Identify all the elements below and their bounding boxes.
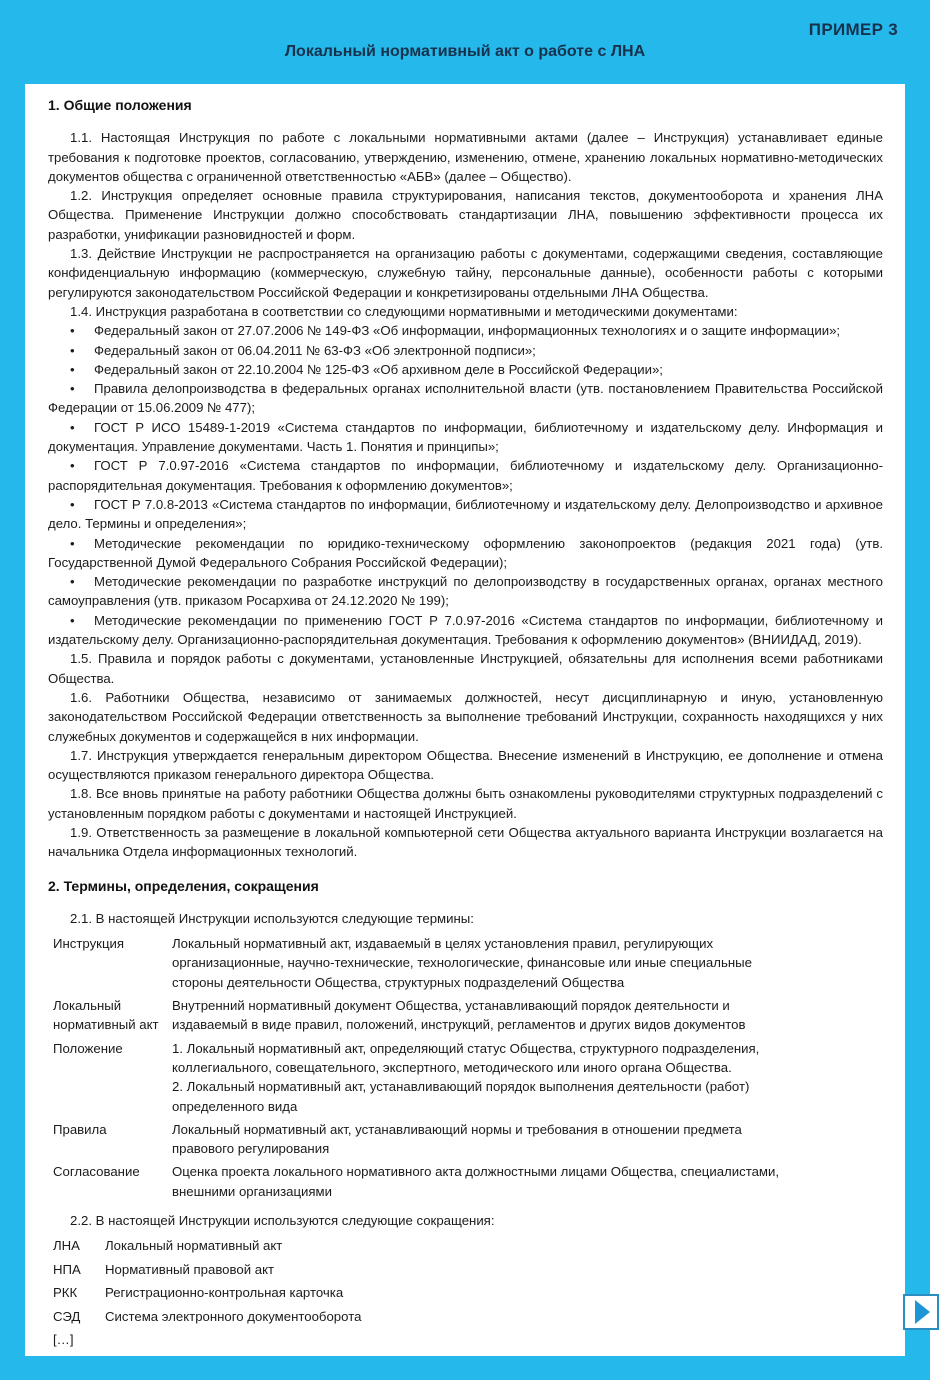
- abbreviation: НПА: [53, 1260, 105, 1279]
- paragraph-1-5: 1.5. Правила и порядок работы с документ…: [48, 649, 883, 688]
- term-definition-part-2: 2. Локальный нормативный акт, устанавлив…: [172, 1077, 793, 1116]
- abbreviation-row: СЭДСистема электронного документооборота: [53, 1305, 883, 1329]
- section-2-title: 2. Термины, определения, сокращения: [48, 877, 883, 896]
- paragraph-1-6: 1.6. Работники Общества, независимо от з…: [48, 688, 883, 746]
- term-name: Правила: [53, 1120, 172, 1159]
- list-item: •Правила делопроизводства в федеральных …: [48, 379, 883, 418]
- abbreviation-meaning: Нормативный правовой акт: [105, 1260, 274, 1279]
- term-definition: Локальный нормативный акт, устанавливающ…: [172, 1120, 883, 1159]
- example-label: ПРИМЕР 3: [809, 20, 898, 40]
- term-definition: 1. Локальный нормативный акт, определяющ…: [172, 1039, 883, 1116]
- list-item: •Федеральный закон от 06.04.2011 № 63-ФЗ…: [48, 341, 883, 360]
- bullet-icon: •: [70, 611, 94, 630]
- paragraph-1-4: 1.4. Инструкция разработана в соответств…: [48, 302, 883, 321]
- reference-list: •Федеральный закон от 27.07.2006 № 149-Ф…: [48, 321, 883, 649]
- bullet-icon: •: [70, 341, 94, 360]
- abbreviation-meaning: Система электронного документооборота: [105, 1307, 361, 1326]
- bullet-icon: •: [70, 534, 94, 553]
- list-item: •Федеральный закон от 27.07.2006 № 149-Ф…: [48, 321, 883, 340]
- term-name: Согласование: [53, 1162, 172, 1201]
- next-page-button[interactable]: [903, 1294, 939, 1330]
- abbreviation-row: РККРегистрационно-контрольная карточка: [53, 1281, 883, 1305]
- list-item-text: Правила делопроизводства в федеральных о…: [48, 381, 883, 415]
- paragraph-1-8: 1.8. Все вновь принятые на работу работн…: [48, 784, 883, 823]
- term-name: Положение: [53, 1039, 172, 1116]
- play-triangle-right-icon: [905, 1296, 937, 1328]
- list-item-text: Методические рекомендации по разработке …: [48, 574, 883, 608]
- abbreviation: СЭД: [53, 1307, 105, 1326]
- list-item-text: Федеральный закон от 06.04.2011 № 63-ФЗ …: [94, 343, 536, 358]
- paragraph-1-7: 1.7. Инструкция утверждается генеральным…: [48, 746, 883, 785]
- terms-intro: 2.1. В настоящей Инструкции используются…: [48, 909, 883, 928]
- paragraph-1-3: 1.3. Действие Инструкции не распространя…: [48, 244, 883, 302]
- term-definition: Оценка проекта локального нормативного а…: [172, 1162, 883, 1201]
- paragraph-1-9: 1.9. Ответственность за размещение в лок…: [48, 823, 883, 862]
- section-1-title: 1. Общие положения: [48, 96, 883, 115]
- terms-table: Инструкция Локальный нормативный акт, из…: [48, 934, 883, 1201]
- list-item: •ГОСТ Р ИСО 15489-1-2019 «Система станда…: [48, 418, 883, 457]
- term-definition-part-1: 1. Локальный нормативный акт, определяющ…: [172, 1039, 793, 1078]
- list-item: •Методические рекомендации по юридико-те…: [48, 534, 883, 573]
- list-item-text: ГОСТ Р ИСО 15489-1-2019 «Система стандар…: [48, 420, 883, 454]
- abbreviation-row: ЛНАЛокальный нормативный акт: [53, 1234, 883, 1258]
- abbreviation-meaning: Локальный нормативный акт: [105, 1236, 282, 1255]
- page-frame: ПРИМЕР 3 Локальный нормативный акт о раб…: [0, 0, 930, 1380]
- bullet-icon: •: [70, 456, 94, 475]
- paragraph-1-2: 1.2. Инструкция определяет основные прав…: [48, 186, 883, 244]
- list-item-text: ГОСТ Р 7.0.97-2016 «Система стандартов п…: [48, 458, 883, 492]
- document-title: Локальный нормативный акт о работе с ЛНА: [0, 43, 930, 61]
- term-name: Локальный нормативный акт: [53, 996, 172, 1035]
- list-item-text: ГОСТ Р 7.0.8-2013 «Система стандартов по…: [48, 497, 883, 531]
- abbreviation: ЛНА: [53, 1236, 105, 1255]
- list-item: •Федеральный закон от 22.10.2004 № 125-Ф…: [48, 360, 883, 379]
- term-definition: Внутренний нормативный документ Общества…: [172, 996, 883, 1035]
- bullet-icon: •: [70, 321, 94, 340]
- list-item: •ГОСТ Р 7.0.8-2013 «Система стандартов п…: [48, 495, 883, 534]
- omission-marker: […]: [48, 1330, 883, 1349]
- bullet-icon: •: [70, 360, 94, 379]
- list-item-text: Методические рекомендации по юридико-тех…: [48, 536, 883, 570]
- abbreviations-list: ЛНАЛокальный нормативный акт НПАНорматив…: [48, 1234, 883, 1328]
- abbreviation-meaning: Регистрационно-контрольная карточка: [105, 1283, 343, 1302]
- list-item-text: Методические рекомендации по применению …: [48, 613, 883, 647]
- abbreviations-intro: 2.2. В настоящей Инструкции используются…: [48, 1211, 883, 1230]
- list-item-text: Федеральный закон от 27.07.2006 № 149-ФЗ…: [94, 323, 840, 338]
- abbreviation: РКК: [53, 1283, 105, 1302]
- list-item: •Методические рекомендации по применению…: [48, 611, 883, 650]
- document-panel: 1. Общие положения 1.1. Настоящая Инстру…: [25, 84, 905, 1356]
- term-name: Инструкция: [53, 934, 172, 992]
- abbreviation-row: НПАНормативный правовой акт: [53, 1258, 883, 1282]
- paragraph-1-1: 1.1. Настоящая Инструкция по работе с ло…: [48, 128, 883, 186]
- bullet-icon: •: [70, 418, 94, 437]
- bullet-icon: •: [70, 379, 94, 398]
- bullet-icon: •: [70, 572, 94, 591]
- bullet-icon: •: [70, 495, 94, 514]
- list-item: •Методические рекомендации по разработке…: [48, 572, 883, 611]
- list-item-text: Федеральный закон от 22.10.2004 № 125-ФЗ…: [94, 362, 663, 377]
- list-item: •ГОСТ Р 7.0.97-2016 «Система стандартов …: [48, 456, 883, 495]
- term-definition: Локальный нормативный акт, издаваемый в …: [172, 934, 883, 992]
